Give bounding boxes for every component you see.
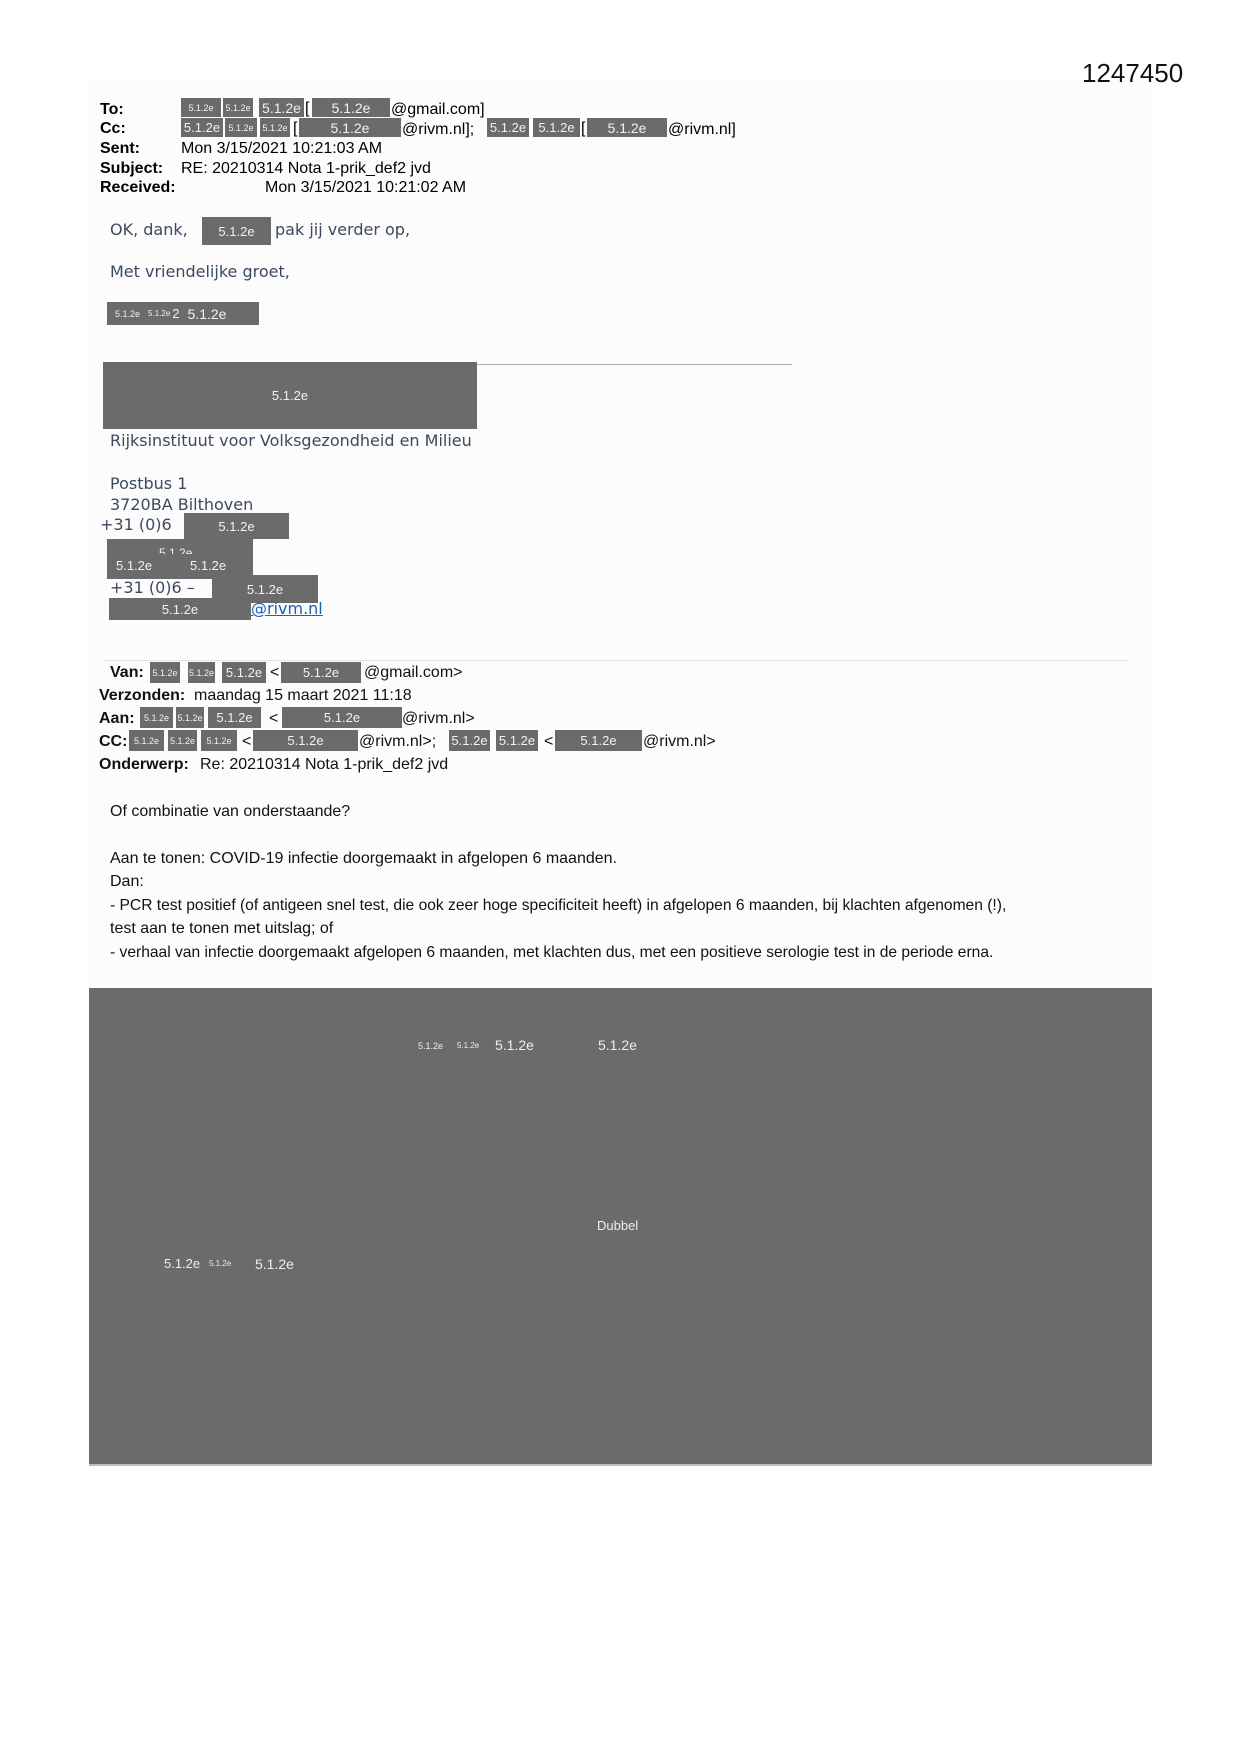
- received-value: Mon 3/15/2021 10:21:02 AM: [265, 178, 466, 197]
- redaction: 5.1.2e: [222, 662, 266, 683]
- to-label: To:: [100, 100, 124, 119]
- received-label: Received:: [100, 178, 176, 197]
- reply-line-pre: OK, dank,: [110, 220, 188, 239]
- cc-email-domain-2: @rivm.nl]: [668, 120, 736, 139]
- redaction: 5.1.2e: [282, 707, 402, 728]
- redaction-fragment: 2: [172, 306, 179, 321]
- redaction: 5.1.2e: [188, 662, 215, 683]
- redaction: 5.1.2e: [312, 98, 390, 117]
- aan-email-domain: @rivm.nl>: [402, 710, 475, 728]
- redaction: 5.1.2e: [223, 98, 253, 117]
- dubbel-label: Dubbel: [597, 1218, 638, 1233]
- redaction: 5.1.2e: [184, 513, 289, 539]
- signature-name-redaction: 5.1.2e 5.1.2e 2 5.1.2e: [107, 302, 259, 325]
- redaction: 5.1.2e: [533, 118, 580, 137]
- redaction: 5.1.2e: [188, 306, 227, 322]
- body-line-4: test aan te tonen met uitslag; of: [110, 920, 333, 938]
- body-line-3: - PCR test positief (of antigeen snel te…: [110, 897, 1006, 915]
- signature-address-1: Postbus 1: [110, 474, 187, 493]
- redaction: 5.1.2e: [168, 730, 197, 751]
- redaction: 5.1.2e: [116, 558, 152, 573]
- redaction: 5.1.2e: [449, 730, 490, 751]
- redaction: 5.1.2e: [299, 118, 401, 137]
- angle-bracket: <: [242, 733, 251, 751]
- redaction: 5.1.2e: [159, 546, 192, 554]
- redaction: 5.1.2e: [487, 118, 529, 137]
- redaction: 5.1.2e: [140, 707, 173, 728]
- verzonden-value: maandag 15 maart 2021 11:18: [194, 687, 412, 705]
- redaction: 5.1.2e: [181, 98, 221, 117]
- cc-email-domain-1: @rivm.nl];: [402, 120, 474, 139]
- redaction: 5.1.2e: [181, 118, 223, 137]
- document-number: 1247450: [1082, 58, 1183, 89]
- onderwerp-value: Re: 20210314 Nota 1-prik_def2 jvd: [200, 756, 448, 774]
- redaction: 5.1.2e: [496, 730, 538, 751]
- redaction: 5.1.2e: [281, 662, 361, 683]
- signature-email-link[interactable]: @rivm.nl: [251, 599, 323, 618]
- aan-label: Aan:: [99, 710, 135, 728]
- redaction: 5.1.2e: [176, 707, 204, 728]
- redaction: 5.1.2e: [209, 1259, 231, 1268]
- sent-value: Mon 3/15/2021 10:21:03 AM: [181, 139, 382, 158]
- redaction: 5.1.2e: [201, 730, 237, 751]
- reply-line-post: pak jij verder op,: [275, 220, 410, 239]
- redaction: 5.1.2e: [259, 98, 304, 117]
- sent-label: Sent:: [100, 139, 140, 158]
- body-line-5: - verhaal van infectie doorgemaakt afgel…: [110, 944, 993, 962]
- redaction: 5.1.2e: [190, 558, 226, 573]
- redaction: 5.1.2e: [555, 730, 642, 751]
- angle-bracket: <: [269, 710, 278, 728]
- signature-org: Rijksinstituut voor Volksgezondheid en M…: [110, 431, 472, 450]
- angle-bracket: <: [270, 664, 279, 682]
- redaction: 5.1.2e: [202, 217, 271, 245]
- van-email-domain: @gmail.com>: [364, 664, 463, 682]
- redaction-group: 5.1.2e 5.1.2e 5.1.2e: [107, 539, 253, 579]
- redaction: 5.1.2e: [150, 662, 180, 683]
- cc-quoted-label: CC:: [99, 733, 127, 751]
- redaction: 5.1.2e: [129, 730, 164, 751]
- cc-quoted-email-domain-2: @rivm.nl>: [643, 733, 716, 751]
- redaction: 5.1.2e: [109, 598, 251, 620]
- body-line-2: Dan:: [110, 873, 144, 891]
- redaction: 5.1.2e: [115, 309, 140, 319]
- redaction: 5.1.2e: [260, 118, 290, 137]
- greeting: Met vriendelijke groet,: [110, 262, 290, 281]
- verzonden-label: Verzonden:: [99, 687, 185, 705]
- redaction: 5.1.2e: [255, 1256, 294, 1272]
- signature-divider: [476, 364, 792, 365]
- body-question: Of combinatie van onderstaande?: [110, 803, 350, 821]
- redaction: 5.1.2e: [495, 1037, 534, 1053]
- redaction: 5.1.2e: [208, 707, 261, 728]
- angle-bracket: <: [544, 733, 553, 751]
- subject-label: Subject:: [100, 159, 163, 178]
- redaction: 5.1.2e: [164, 1256, 200, 1271]
- subject-value: RE: 20210314 Nota 1-prik_def2 jvd: [181, 159, 431, 178]
- signature-phone-2: +31 (0)6 –: [110, 578, 195, 597]
- bracket: [: [293, 119, 297, 138]
- redaction: 5.1.2e: [148, 309, 170, 318]
- redacted-content-block: 5.1.2e 5.1.2e 5.1.2e 5.1.2e Dubbel 5.1.2…: [89, 988, 1152, 1466]
- redaction: 5.1.2e: [457, 1041, 479, 1050]
- redaction: 5.1.2e: [253, 730, 358, 751]
- redaction: 5.1.2e: [587, 118, 667, 137]
- redaction: 5.1.2e: [103, 362, 477, 429]
- cc-quoted-email-domain-1: @rivm.nl>;: [359, 733, 436, 751]
- quote-divider: [104, 660, 1128, 661]
- body-line-1: Aan te tonen: COVID-19 infectie doorgema…: [110, 850, 617, 868]
- onderwerp-label: Onderwerp:: [99, 756, 189, 774]
- bracket: [: [305, 99, 309, 118]
- signature-address-2: 3720BA Bilthoven: [110, 495, 253, 514]
- cc-label: Cc:: [100, 119, 126, 138]
- van-label: Van:: [110, 664, 144, 682]
- redaction: 5.1.2e: [225, 118, 257, 137]
- to-email-domain: @gmail.com]: [391, 100, 485, 119]
- bracket: [: [581, 119, 585, 138]
- signature-phone-1: +31 (0)6: [100, 515, 172, 534]
- redaction: 5.1.2e: [418, 1041, 443, 1051]
- redaction: 5.1.2e: [598, 1037, 637, 1053]
